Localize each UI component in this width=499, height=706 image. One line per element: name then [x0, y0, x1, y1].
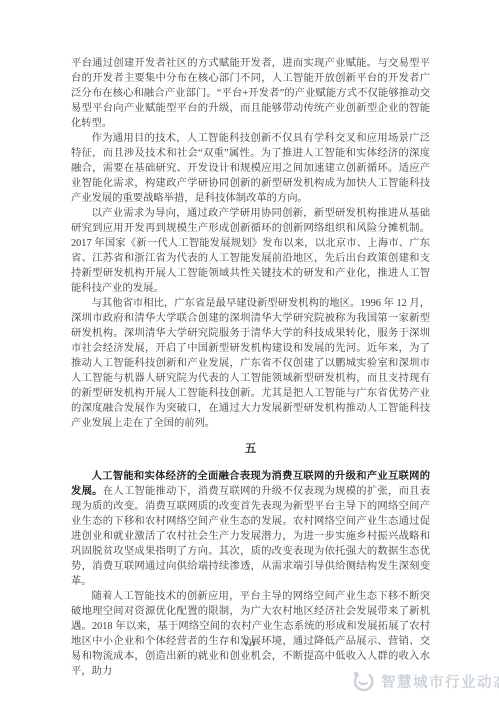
- closing-paragraph: 随着人工智能技术的创新应用，平台主导的网络空间产业生态下移不断突破地理空间对资源…: [71, 589, 430, 679]
- paragraph: 平台通过创建开发者社区的方式赋能开发者，进而实现产业赋能。与交易型平台的开发者主…: [71, 56, 430, 131]
- body-text: 平台通过创建开发者社区的方式赋能开发者，进而实现产业赋能。与交易型平台的开发者主…: [71, 56, 430, 679]
- section-heading: 五: [71, 442, 430, 457]
- paragraph: 作为通用目的技术，人工智能科技创新不仅具有学科交叉和应用场景广泛特征，而且涉及技…: [71, 131, 430, 206]
- document-page: 平台通过创建开发者社区的方式赋能开发者，进而实现产业赋能。与交易型平台的开发者主…: [0, 0, 499, 706]
- watermark-text: 智慧城市行业动态: [381, 671, 499, 692]
- lead-paragraph: 人工智能和实体经济的全面融合表现为消费互联网的升级和产业互联网的发展。在人工智能…: [71, 469, 430, 589]
- page-number: vii: [0, 639, 499, 649]
- swirl-logo-icon: [350, 669, 375, 694]
- lead-paragraph-text: 在人工智能推动下，消费互联网的升级不仅表现为规模的扩张，而且表现为质的改变。消费…: [71, 486, 430, 587]
- paragraph: 以产业需求为导向，通过政产学研用协同创新，新型研发机构推进从基础研究到应用开发再…: [71, 206, 430, 296]
- publisher-watermark: 智慧城市行业动态: [350, 669, 499, 694]
- paragraph: 与其他省市相比，广东省是最早建设新型研发机构的地区。1996 年 12 月，深圳…: [71, 296, 430, 431]
